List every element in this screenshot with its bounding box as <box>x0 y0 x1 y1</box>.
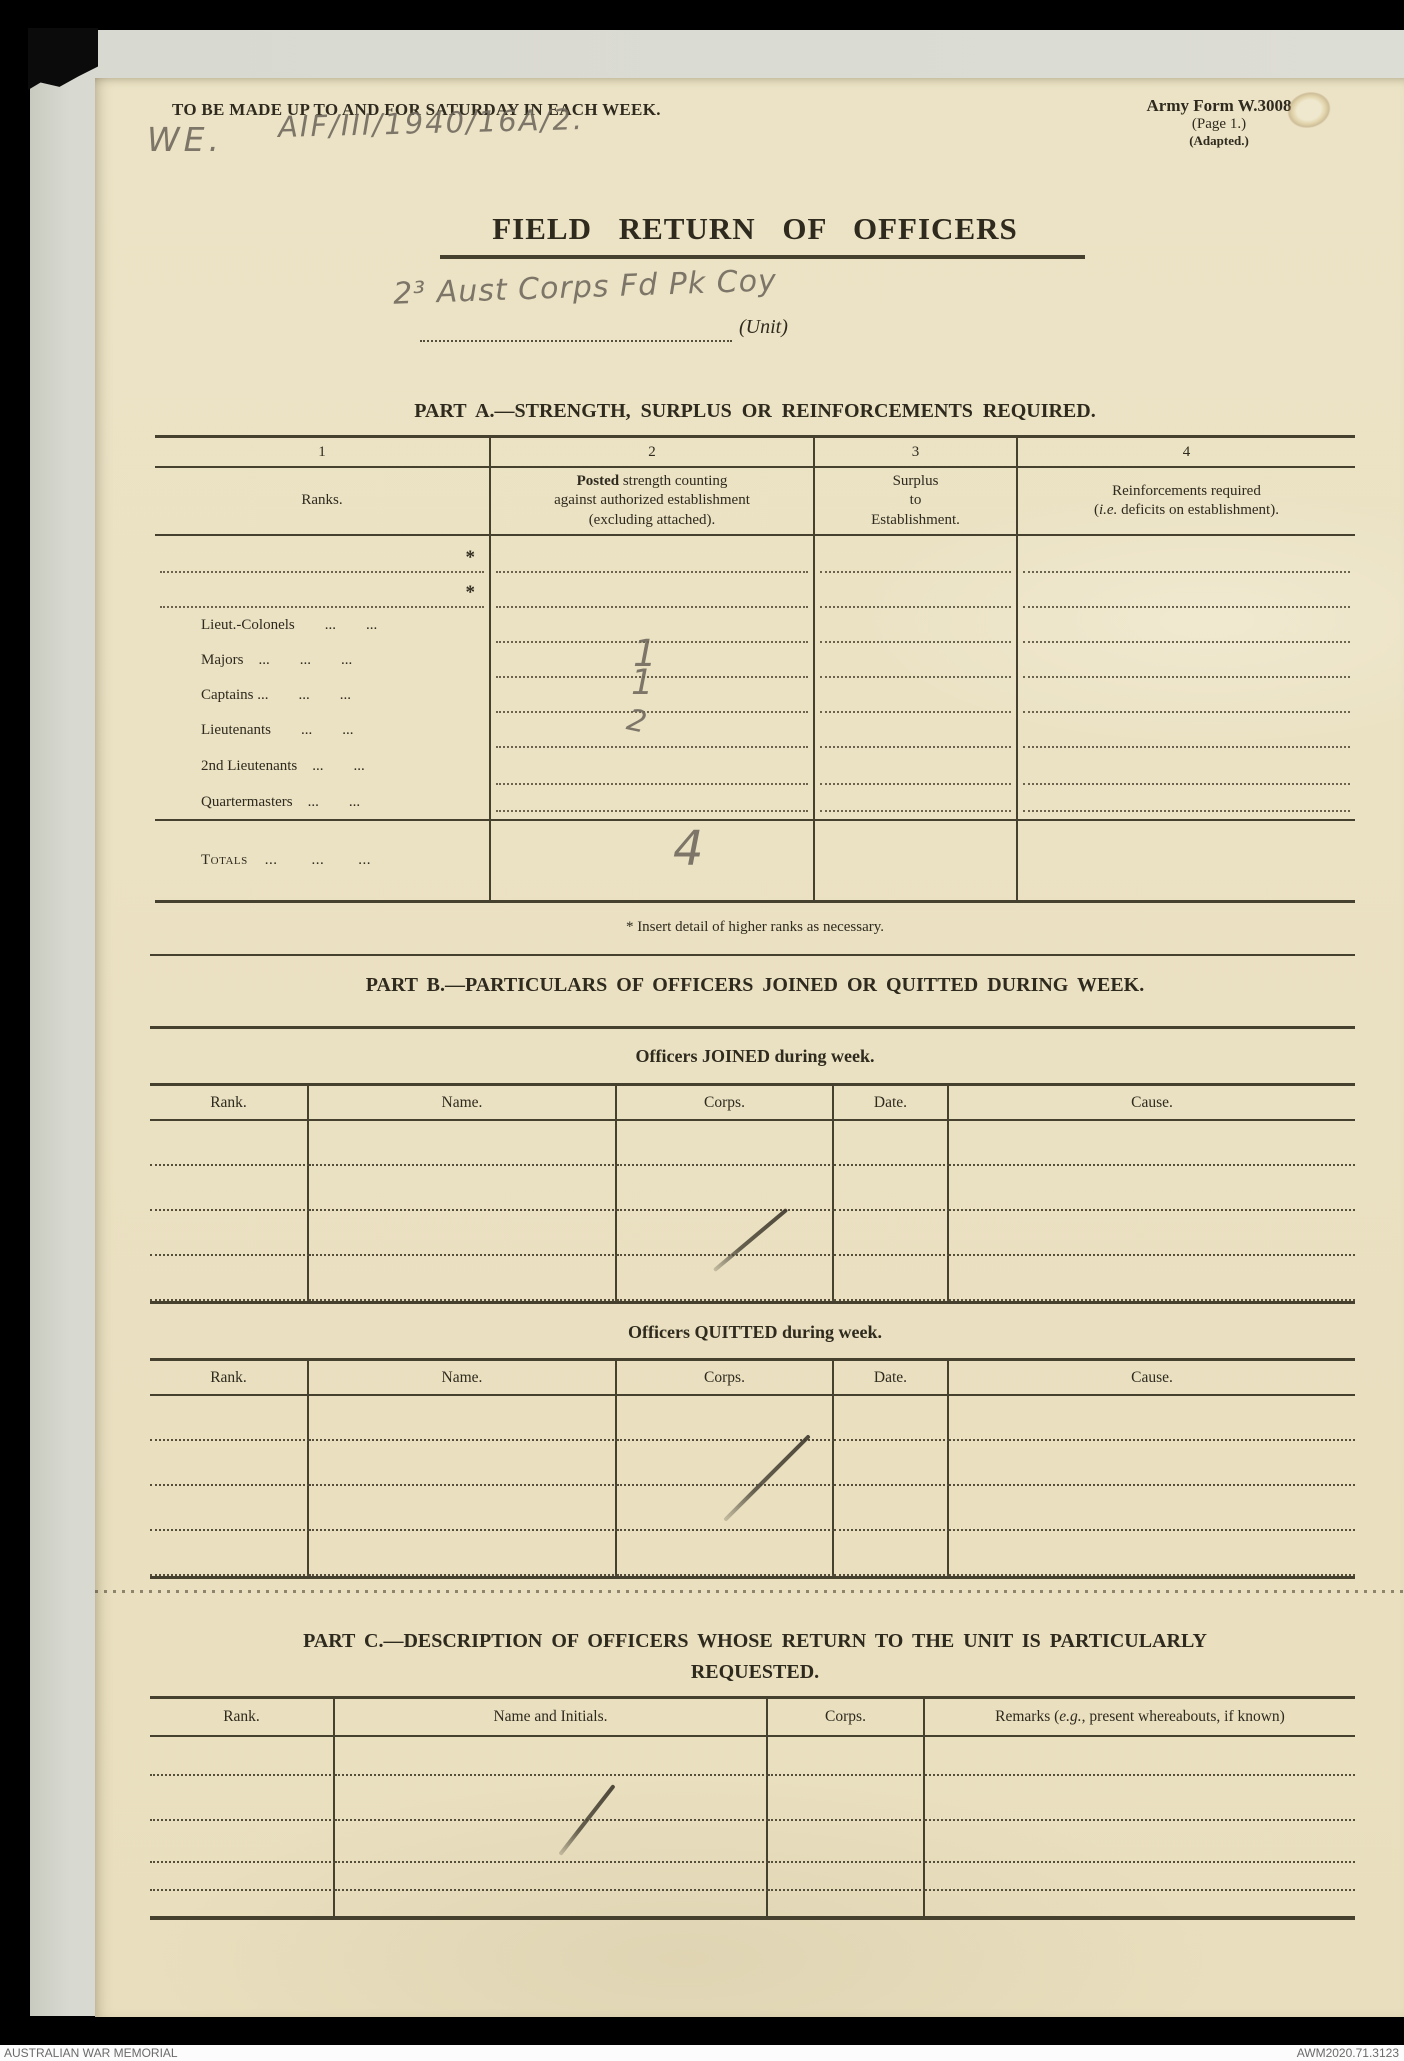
col-number-2: 2 <box>491 438 815 468</box>
empty-cell <box>617 1396 834 1441</box>
empty-cell <box>834 1121 949 1166</box>
remarks-pre: Remarks ( <box>995 1708 1059 1726</box>
empty-cell <box>949 1166 1355 1211</box>
reinf-ie: i.e. <box>1099 502 1117 518</box>
joined-col-date: Date. <box>834 1086 949 1121</box>
empty-cell <box>925 1863 1355 1891</box>
joined-col-rank: Rank. <box>150 1086 309 1121</box>
empty-cell <box>335 1891 768 1916</box>
handwritten-value-total: 4 <box>673 825 704 873</box>
part-a-footnote: * Insert detail of higher ranks as neces… <box>155 919 1355 936</box>
officers-quitted-title: Officers QUITTED during week. <box>155 1322 1355 1343</box>
quitted-col-name: Name. <box>309 1361 617 1396</box>
divider-rule <box>150 1026 1355 1029</box>
empty-cell <box>335 1776 768 1821</box>
surplus-cell <box>815 713 1018 748</box>
rank-2nd-lieutenants: 2nd Lieutenants ... ... <box>155 748 491 785</box>
posted-cell <box>491 785 815 821</box>
form-number-block: Army Form W.3008 (Page 1.) (Adapted.) <box>1133 96 1305 149</box>
empty-cell <box>949 1531 1355 1576</box>
perforation-line <box>95 1590 1404 1593</box>
divider-rule <box>150 954 1355 956</box>
empty-cell <box>335 1863 768 1891</box>
empty-cell <box>309 1531 617 1576</box>
remarks-eg: e.g. <box>1059 1708 1081 1726</box>
empty-cell <box>834 1531 949 1576</box>
col-number-4: 4 <box>1018 438 1355 468</box>
surplus-cell <box>815 536 1018 573</box>
archive-caption-bar: AUSTRALIAN WAR MEMORIAL AWM2020.71.3123 <box>0 2045 1404 2061</box>
empty-cell <box>834 1166 949 1211</box>
reinf-cell <box>1018 608 1355 643</box>
reinf-total-cell <box>1018 821 1355 900</box>
rank-lieutenants: Lieutenants ... ... <box>155 713 491 748</box>
reinf-cell <box>1018 748 1355 785</box>
surplus-total-cell <box>815 821 1018 900</box>
posted-line1: Posted strength counting <box>577 472 728 492</box>
form-page: (Page 1.) <box>1133 116 1305 133</box>
surplus-line1: Surplus <box>893 472 939 492</box>
surplus-cell <box>815 573 1018 608</box>
empty-cell <box>309 1121 617 1166</box>
accession-number: AWM2020.71.3123 <box>1297 2045 1399 2061</box>
rank-row-blank-1: * <box>155 536 491 573</box>
form-sheet: TO BE MADE UP TO AND FOR SATURDAY IN EAC… <box>95 78 1404 2017</box>
reinf-cell <box>1018 573 1355 608</box>
empty-cell <box>150 1441 309 1486</box>
empty-cell <box>617 1531 834 1576</box>
unit-label: (Unit) <box>739 316 788 339</box>
col-number-3: 3 <box>815 438 1018 468</box>
empty-cell <box>150 1891 335 1916</box>
empty-cell <box>150 1737 335 1776</box>
posted-cell: 1 <box>491 678 815 713</box>
handwritten-file-reference: AIF/III/1940/16A/2. <box>278 102 585 144</box>
empty-cell <box>309 1166 617 1211</box>
empty-cell <box>309 1256 617 1301</box>
officers-joined-title: Officers JOINED during week. <box>155 1046 1355 1067</box>
header-ranks: Ranks. <box>155 468 491 536</box>
surplus-cell <box>815 678 1018 713</box>
quitted-col-corps: Corps. <box>617 1361 834 1396</box>
empty-cell <box>150 1166 309 1211</box>
part-c-heading-line1: PART C.—DESCRIPTION OF OFFICERS WHOSE RE… <box>155 1626 1355 1657</box>
empty-cell <box>150 1821 335 1863</box>
unit-dotted-line <box>420 308 732 342</box>
empty-cell <box>925 1776 1355 1821</box>
surplus-cell <box>815 608 1018 643</box>
empty-cell <box>768 1737 925 1776</box>
empty-cell <box>617 1211 834 1256</box>
surplus-line2: to <box>910 491 922 511</box>
empty-cell <box>335 1821 768 1863</box>
joined-col-corps: Corps. <box>617 1086 834 1121</box>
empty-cell <box>949 1256 1355 1301</box>
reinf-line1: Reinforcements required <box>1112 482 1261 502</box>
empty-cell <box>949 1396 1355 1441</box>
empty-cell <box>768 1821 925 1863</box>
dotted-line <box>820 810 1011 812</box>
part-b-heading: PART B.—PARTICULARS OF OFFICERS JOINED O… <box>155 974 1355 997</box>
posted-cell <box>491 536 815 573</box>
empty-cell <box>150 1256 309 1301</box>
quitted-col-cause: Cause. <box>949 1361 1355 1396</box>
reinf-cell <box>1018 643 1355 678</box>
empty-cell <box>617 1166 834 1211</box>
rank-captains: Captains ... ... ... <box>155 678 491 713</box>
posted-cell: 2 <box>491 713 815 748</box>
empty-cell <box>768 1776 925 1821</box>
empty-cell <box>150 1776 335 1821</box>
remarks-post: , present whereabouts, if known) <box>1082 1708 1285 1726</box>
reinf-cell <box>1018 713 1355 748</box>
empty-cell <box>150 1531 309 1576</box>
partc-col-remarks: Remarks (e.g., present whereabouts, if k… <box>925 1699 1355 1737</box>
rank-totals: Totals ... ... ... <box>155 821 491 900</box>
rank-row-blank-2: * <box>155 573 491 608</box>
quitted-col-date: Date. <box>834 1361 949 1396</box>
part-c-heading: PART C.—DESCRIPTION OF OFFICERS WHOSE RE… <box>155 1626 1355 1688</box>
joined-col-name: Name. <box>309 1086 617 1121</box>
part-a-heading: PART A.—STRENGTH, SURPLUS OR REINFORCEME… <box>155 400 1355 423</box>
scanned-document-page: TO BE MADE UP TO AND FOR SATURDAY IN EAC… <box>0 0 1404 2061</box>
empty-cell <box>150 1396 309 1441</box>
empty-cell <box>617 1441 834 1486</box>
empty-cell <box>309 1486 617 1531</box>
empty-cell <box>925 1891 1355 1916</box>
form-adapted: (Adapted.) <box>1133 133 1305 149</box>
posted-line3: (excluding attached). <box>589 511 716 531</box>
officers-quitted-table: Rank. Name. Corps. Date. Cause. <box>150 1358 1355 1579</box>
surplus-cell <box>815 748 1018 785</box>
posted-line2: against authorized establishment <box>554 491 750 511</box>
empty-cell <box>949 1486 1355 1531</box>
asterisk-mark: * <box>466 547 476 569</box>
rank-lieut-colonels: Lieut.-Colonels ... ... <box>155 608 491 643</box>
header-surplus: Surplus to Establishment. <box>815 468 1018 536</box>
empty-cell <box>925 1737 1355 1776</box>
empty-cell <box>150 1121 309 1166</box>
partc-col-corps: Corps. <box>768 1699 925 1737</box>
officers-joined-table: Rank. Name. Corps. Date. Cause. <box>150 1083 1355 1304</box>
reinf-cell <box>1018 536 1355 573</box>
reinf-post: deficits on establishment). <box>1117 502 1279 518</box>
empty-cell <box>834 1256 949 1301</box>
reinf-cell <box>1018 785 1355 821</box>
header-ranks-label: Ranks. <box>301 491 342 511</box>
posted-cell <box>491 573 815 608</box>
institution-name: AUSTRALIAN WAR MEMORIAL <box>4 2045 178 2061</box>
empty-cell <box>834 1486 949 1531</box>
rank-majors: Majors ... ... ... <box>155 643 491 678</box>
header-posted-strength: Posted strength counting against authori… <box>491 468 815 536</box>
col-number-1: 1 <box>155 438 491 468</box>
handwritten-we: WE. <box>147 120 223 159</box>
part-c-heading-line2: REQUESTED. <box>155 1657 1355 1688</box>
reinf-line2: (i.e. deficits on establishment). <box>1094 501 1279 521</box>
form-number: Army Form W.3008 <box>1133 96 1305 116</box>
empty-cell <box>834 1396 949 1441</box>
empty-cell <box>768 1891 925 1916</box>
handwritten-unit-name: 2³ Aust Corps Fd Pk Coy <box>393 263 778 311</box>
empty-cell <box>150 1486 309 1531</box>
asterisk-mark: * <box>466 582 476 604</box>
part-c-table: Rank. Name and Initials. Corps. Remarks … <box>150 1696 1355 1920</box>
rank-quartermasters: Quartermasters ... ... <box>155 785 491 821</box>
empty-cell <box>150 1863 335 1891</box>
empty-cell <box>309 1441 617 1486</box>
surplus-cell <box>815 643 1018 678</box>
header-reinforcements: Reinforcements required (i.e. deficits o… <box>1018 468 1355 536</box>
empty-cell <box>617 1121 834 1166</box>
empty-cell <box>949 1211 1355 1256</box>
empty-cell <box>949 1441 1355 1486</box>
joined-col-cause: Cause. <box>949 1086 1355 1121</box>
empty-cell <box>150 1211 309 1256</box>
empty-cell <box>335 1737 768 1776</box>
empty-cell <box>925 1821 1355 1863</box>
empty-cell <box>834 1211 949 1256</box>
partc-col-rank: Rank. <box>150 1699 335 1737</box>
surplus-cell <box>815 785 1018 821</box>
empty-cell <box>768 1863 925 1891</box>
surplus-line3: Establishment. <box>871 511 960 531</box>
form-title: FIELD RETURN OF OFFICERS <box>155 211 1355 247</box>
part-a-table: 1 2 3 4 Ranks. Posted strength counting … <box>155 435 1355 903</box>
title-underline <box>440 255 1085 259</box>
quitted-col-rank: Rank. <box>150 1361 309 1396</box>
dotted-line <box>496 810 808 812</box>
posted-rest: strength counting <box>619 473 727 489</box>
handwritten-value-captains: 1 <box>631 666 653 701</box>
posted-bold: Posted <box>577 473 620 489</box>
partc-col-name-initials: Name and Initials. <box>335 1699 768 1737</box>
empty-cell <box>617 1486 834 1531</box>
dotted-line <box>1023 810 1350 812</box>
empty-cell <box>949 1121 1355 1166</box>
empty-cell <box>309 1396 617 1441</box>
empty-cell <box>309 1211 617 1256</box>
posted-total-cell: 4 <box>491 821 815 900</box>
reinf-cell <box>1018 678 1355 713</box>
empty-cell <box>834 1441 949 1486</box>
posted-cell <box>491 748 815 785</box>
